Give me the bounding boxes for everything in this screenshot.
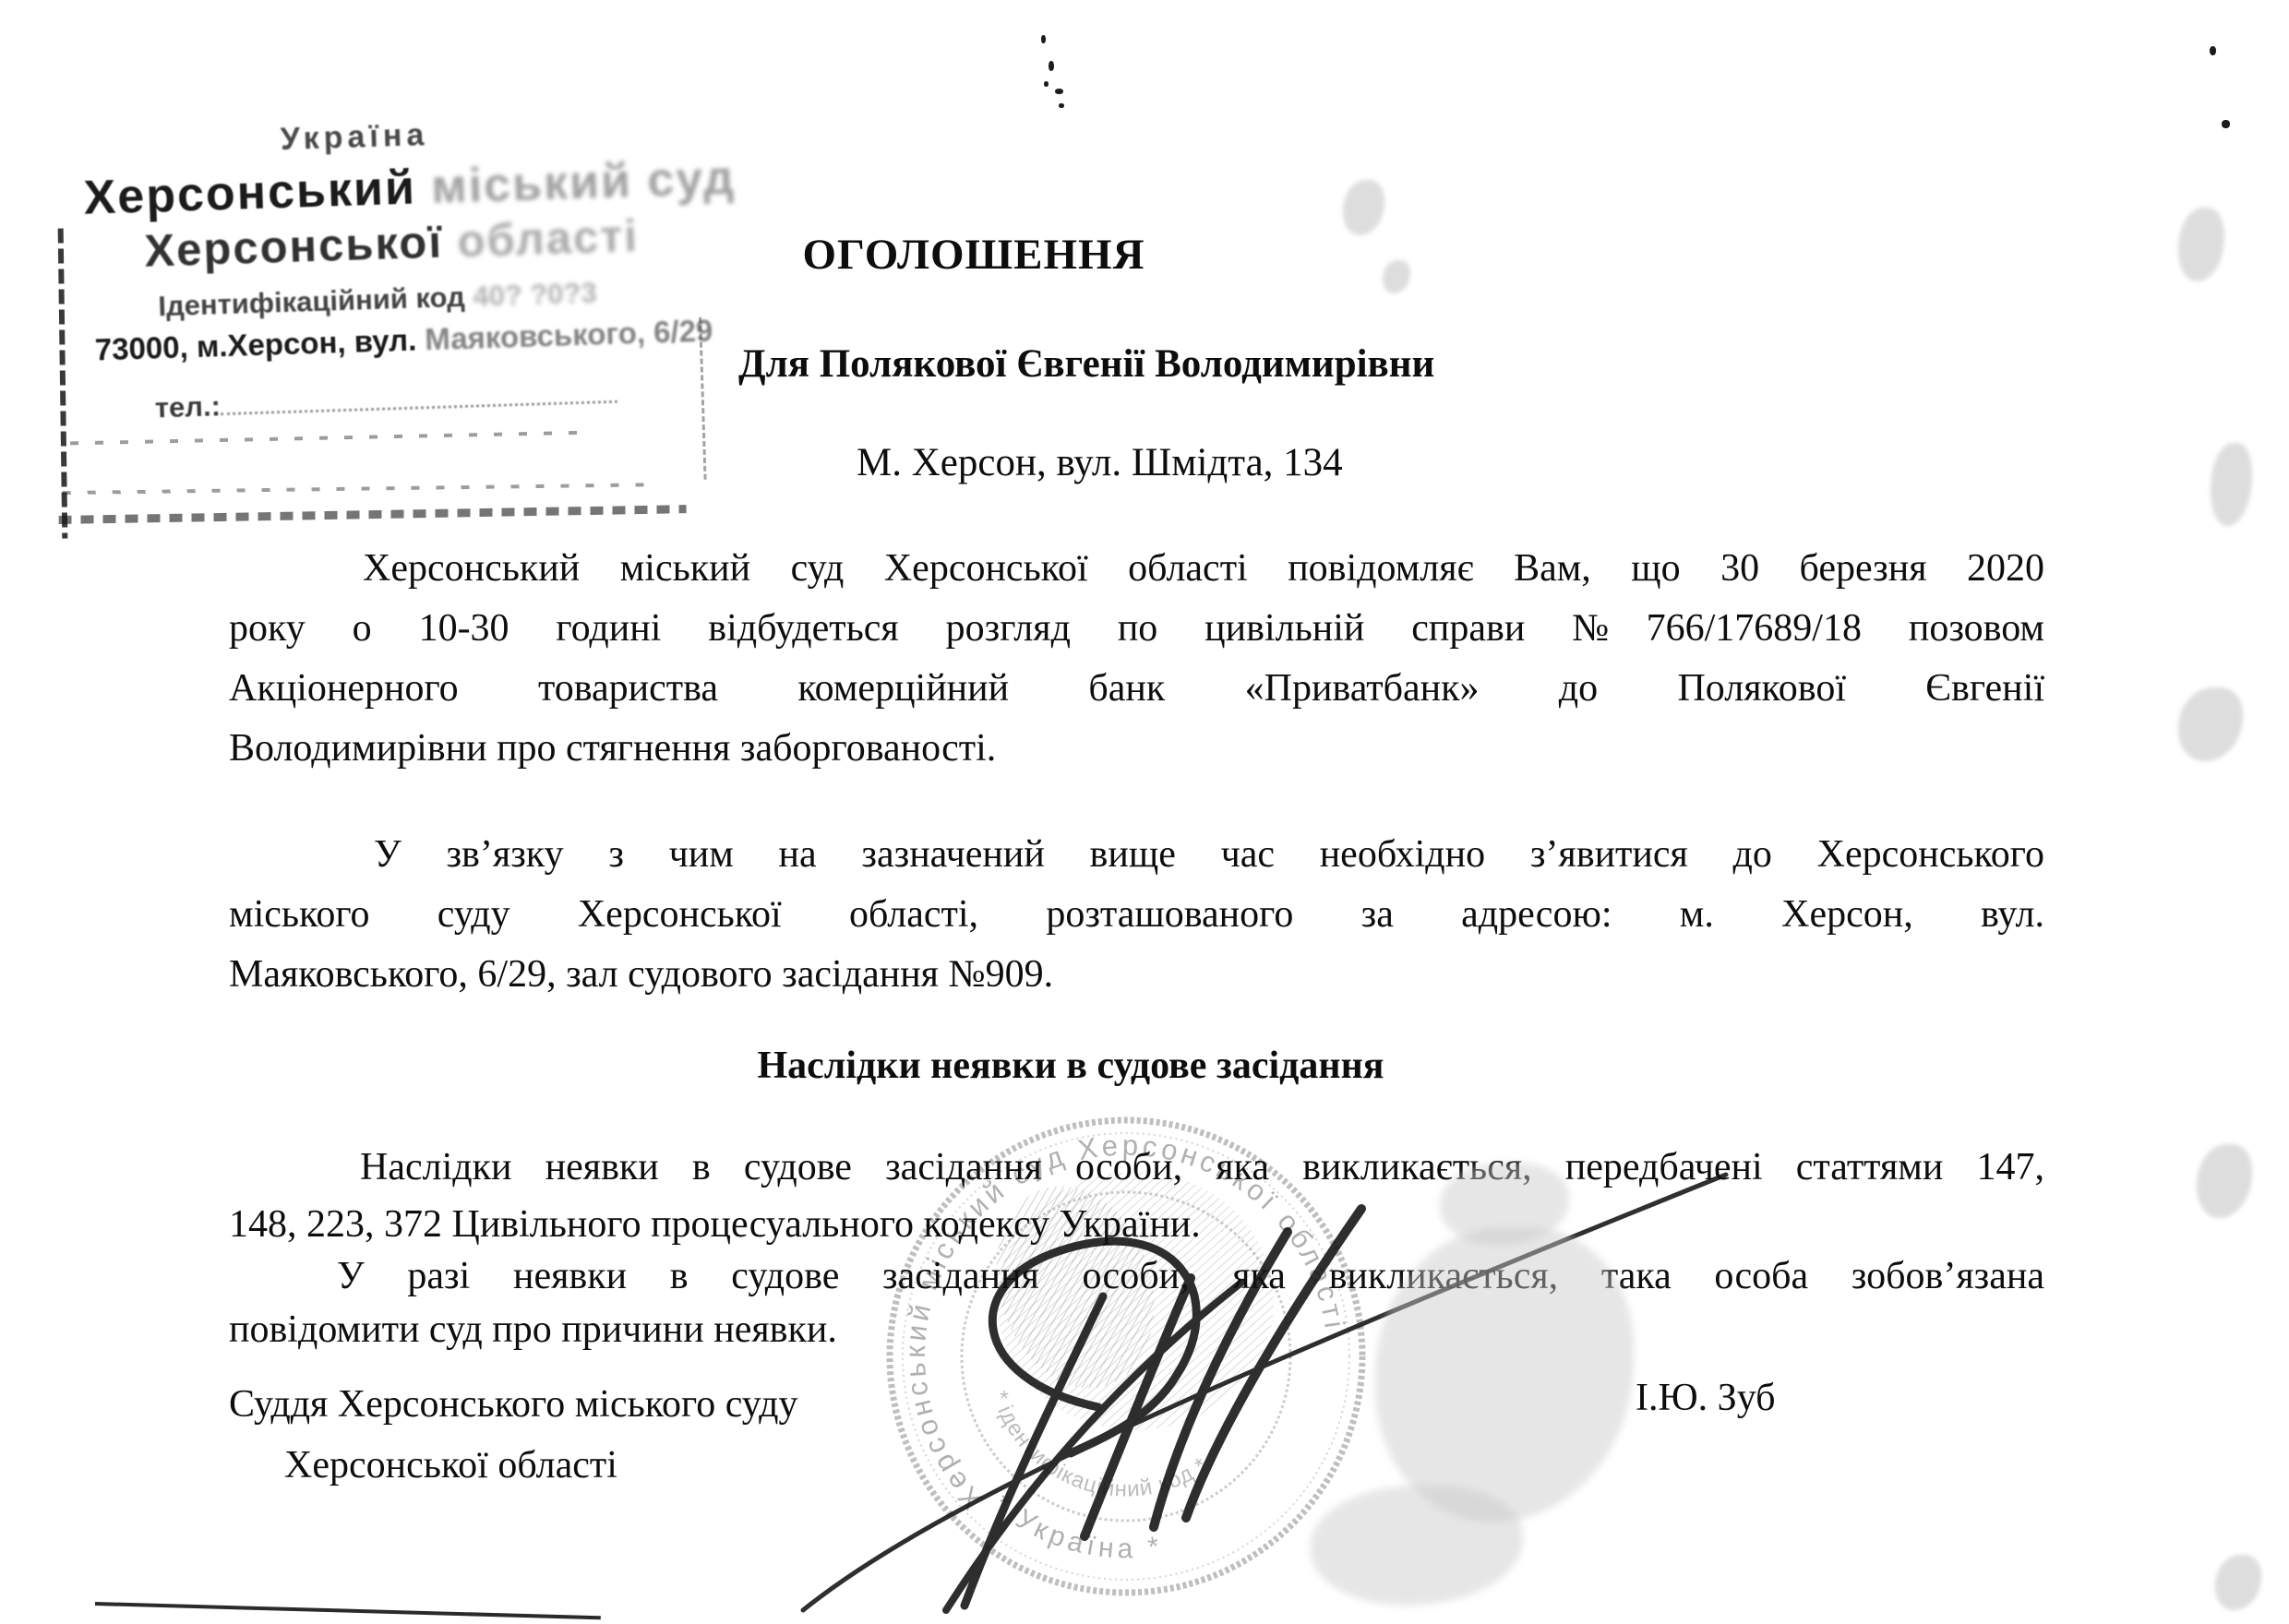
stamp-noise-row [70,431,587,446]
stamp-phone-leader [220,372,617,415]
paragraph-line: року о 10-30 годині відбудеться розгляд … [229,608,2044,649]
paragraph-line: Маяковського, 6/29, зал судового засідан… [229,954,1053,995]
scan-speck [1041,35,1046,43]
recipient-line: Для Полякової Євгенії Володимирівни [738,343,1434,385]
consequences-heading: Наслідки неявки в судове засідання [646,1045,1495,1086]
sender-stamp: Україна Херсонський міський суд Херсонсь… [46,99,734,563]
scan-smudge [2178,687,2243,761]
stamp-id-line: Ідентифікаційний код 40? ?0?3 [158,276,597,323]
scan-speck [1044,81,1049,87]
document-title: ОГОЛОШЕННЯ [609,233,1338,278]
stamp-phone-label: тел.: [154,389,221,424]
stamp-court-line2-main: Херсонської [144,217,459,277]
paragraph-line: Акціонерного товариства комерційний банк… [229,668,2044,709]
stamp-noise-row [63,483,644,495]
paragraph-line: У зв’язку з чим на зазначений вище час н… [374,834,2044,875]
scan-smudge [2197,1144,2252,1218]
stamp-court-line1-main: Херсонський [83,161,417,224]
paragraph-line: Володимирівни про стягнення заборгованос… [229,728,996,769]
scan-speck [1059,103,1064,108]
paragraph-line: міського суду Херсонської області, розта… [229,894,2044,935]
judge-signature [757,1103,1791,1624]
stamp-id-value: 40? ?0?3 [473,276,597,312]
stamp-court-line1: Херсонський міський суд [83,150,737,226]
scan-edge-line [95,1602,601,1619]
scan-speck [1055,89,1063,94]
stamp-address-faded: Маяковського, 6/29 [425,313,713,356]
stamp-phone-line: тел.: [154,372,617,425]
scanned-court-notice: Херсонський міський суд Херсонської обла… [0,0,2289,1624]
stamp-id-label: Ідентифікаційний код [158,281,473,323]
stamp-country: Україна [280,117,429,158]
scan-speck [1049,61,1054,71]
scan-smudge [2178,208,2224,281]
scan-speck [2222,120,2230,128]
scan-smudge [1343,180,1384,235]
scan-smudge [1383,260,1410,293]
scan-smudge [2211,443,2252,526]
scan-smudge [2215,1555,2261,1610]
recipient-address: М. Херсон, вул. Шмідта, 134 [857,442,1343,484]
paragraph-line: Херсонський міський суд Херсонської обла… [363,548,2044,589]
stamp-address-main: 73000, м.Херсон, вул. [94,322,425,366]
stamp-border-left [58,229,68,539]
paragraph-line: повідомити суд про причини неявки. [229,1309,837,1350]
stamp-noise-row [59,505,687,524]
scan-speck [2210,46,2216,55]
judge-title-line2: Херсонської області [284,1445,617,1486]
stamp-court-line1-faded: міський суд [415,151,737,215]
judge-title-line1: Суддя Херсонського міського суду [229,1384,798,1425]
